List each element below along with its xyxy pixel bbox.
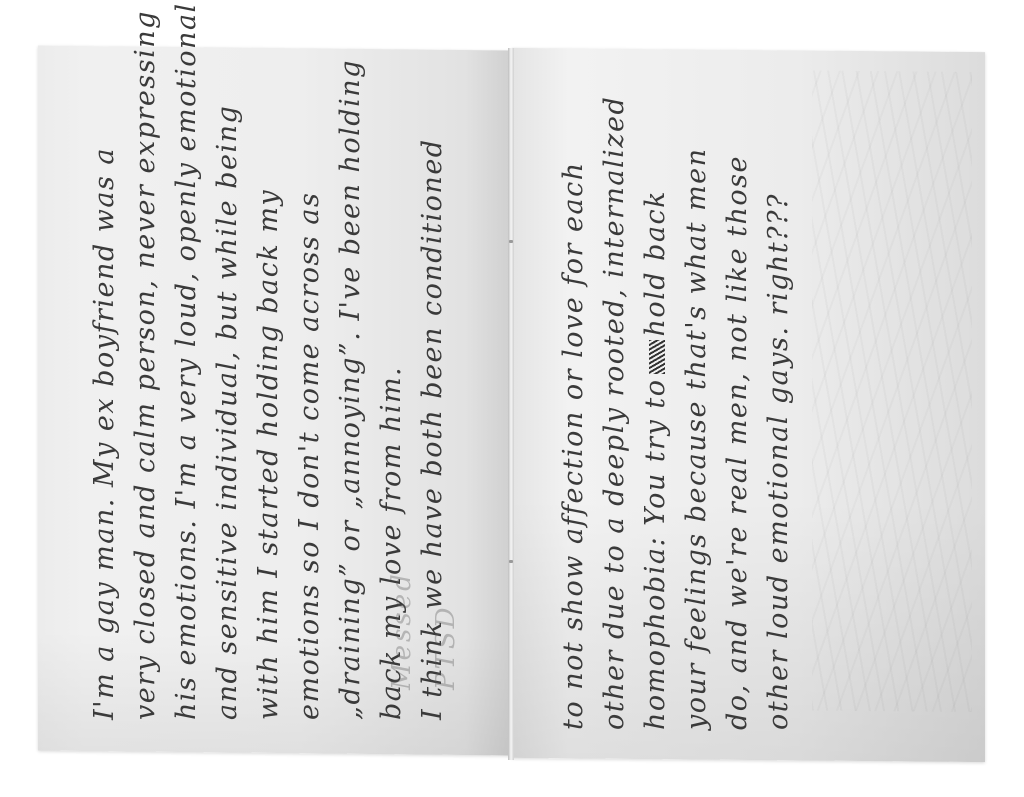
handwritten-line: „draining” or „annoying”. I've been hold… <box>330 50 371 720</box>
handwritten-line: emotions so I don't come across as <box>289 50 330 720</box>
handwritten-line: do, and we're real men, not like those <box>717 50 758 730</box>
handwritten-line: and sensitive individual, but while bein… <box>207 50 248 720</box>
handwritten-line: his emotions. I'm a very loud, openly em… <box>166 50 207 720</box>
spine-fold <box>508 48 514 760</box>
bleed-through-scribbles <box>812 71 972 712</box>
handwritten-line: with him I started holding back my <box>248 50 289 720</box>
line-start: homophobia: You try to <box>640 378 671 730</box>
right-page-handwriting: to not show affection or love for each o… <box>553 50 799 730</box>
staple <box>509 560 513 563</box>
ghost-word: PTSD <box>424 70 468 690</box>
handwritten-line: other due to a deeply rooted, internaliz… <box>594 50 635 730</box>
handwritten-line: homophobia: You try tohold back <box>635 50 676 730</box>
handwritten-line: your feelings because that's what men <box>676 50 717 730</box>
zine-spread: I'm a gay man. My ex boyfriend was a ver… <box>0 0 1024 797</box>
bleed-through-text: Messed PTSD <box>380 70 468 690</box>
staple <box>509 240 513 243</box>
handwritten-line: to not show affection or love for each <box>553 50 594 730</box>
handwritten-line: very closed and calm person, never expre… <box>125 50 166 720</box>
line-end: hold back <box>640 190 671 337</box>
handwritten-line: I'm a gay man. My ex boyfriend was a <box>84 50 125 720</box>
scribbled-out-word <box>649 340 665 374</box>
ghost-word: Messed <box>380 70 424 690</box>
handwritten-line: other loud emotional gays. right??? <box>758 50 799 730</box>
